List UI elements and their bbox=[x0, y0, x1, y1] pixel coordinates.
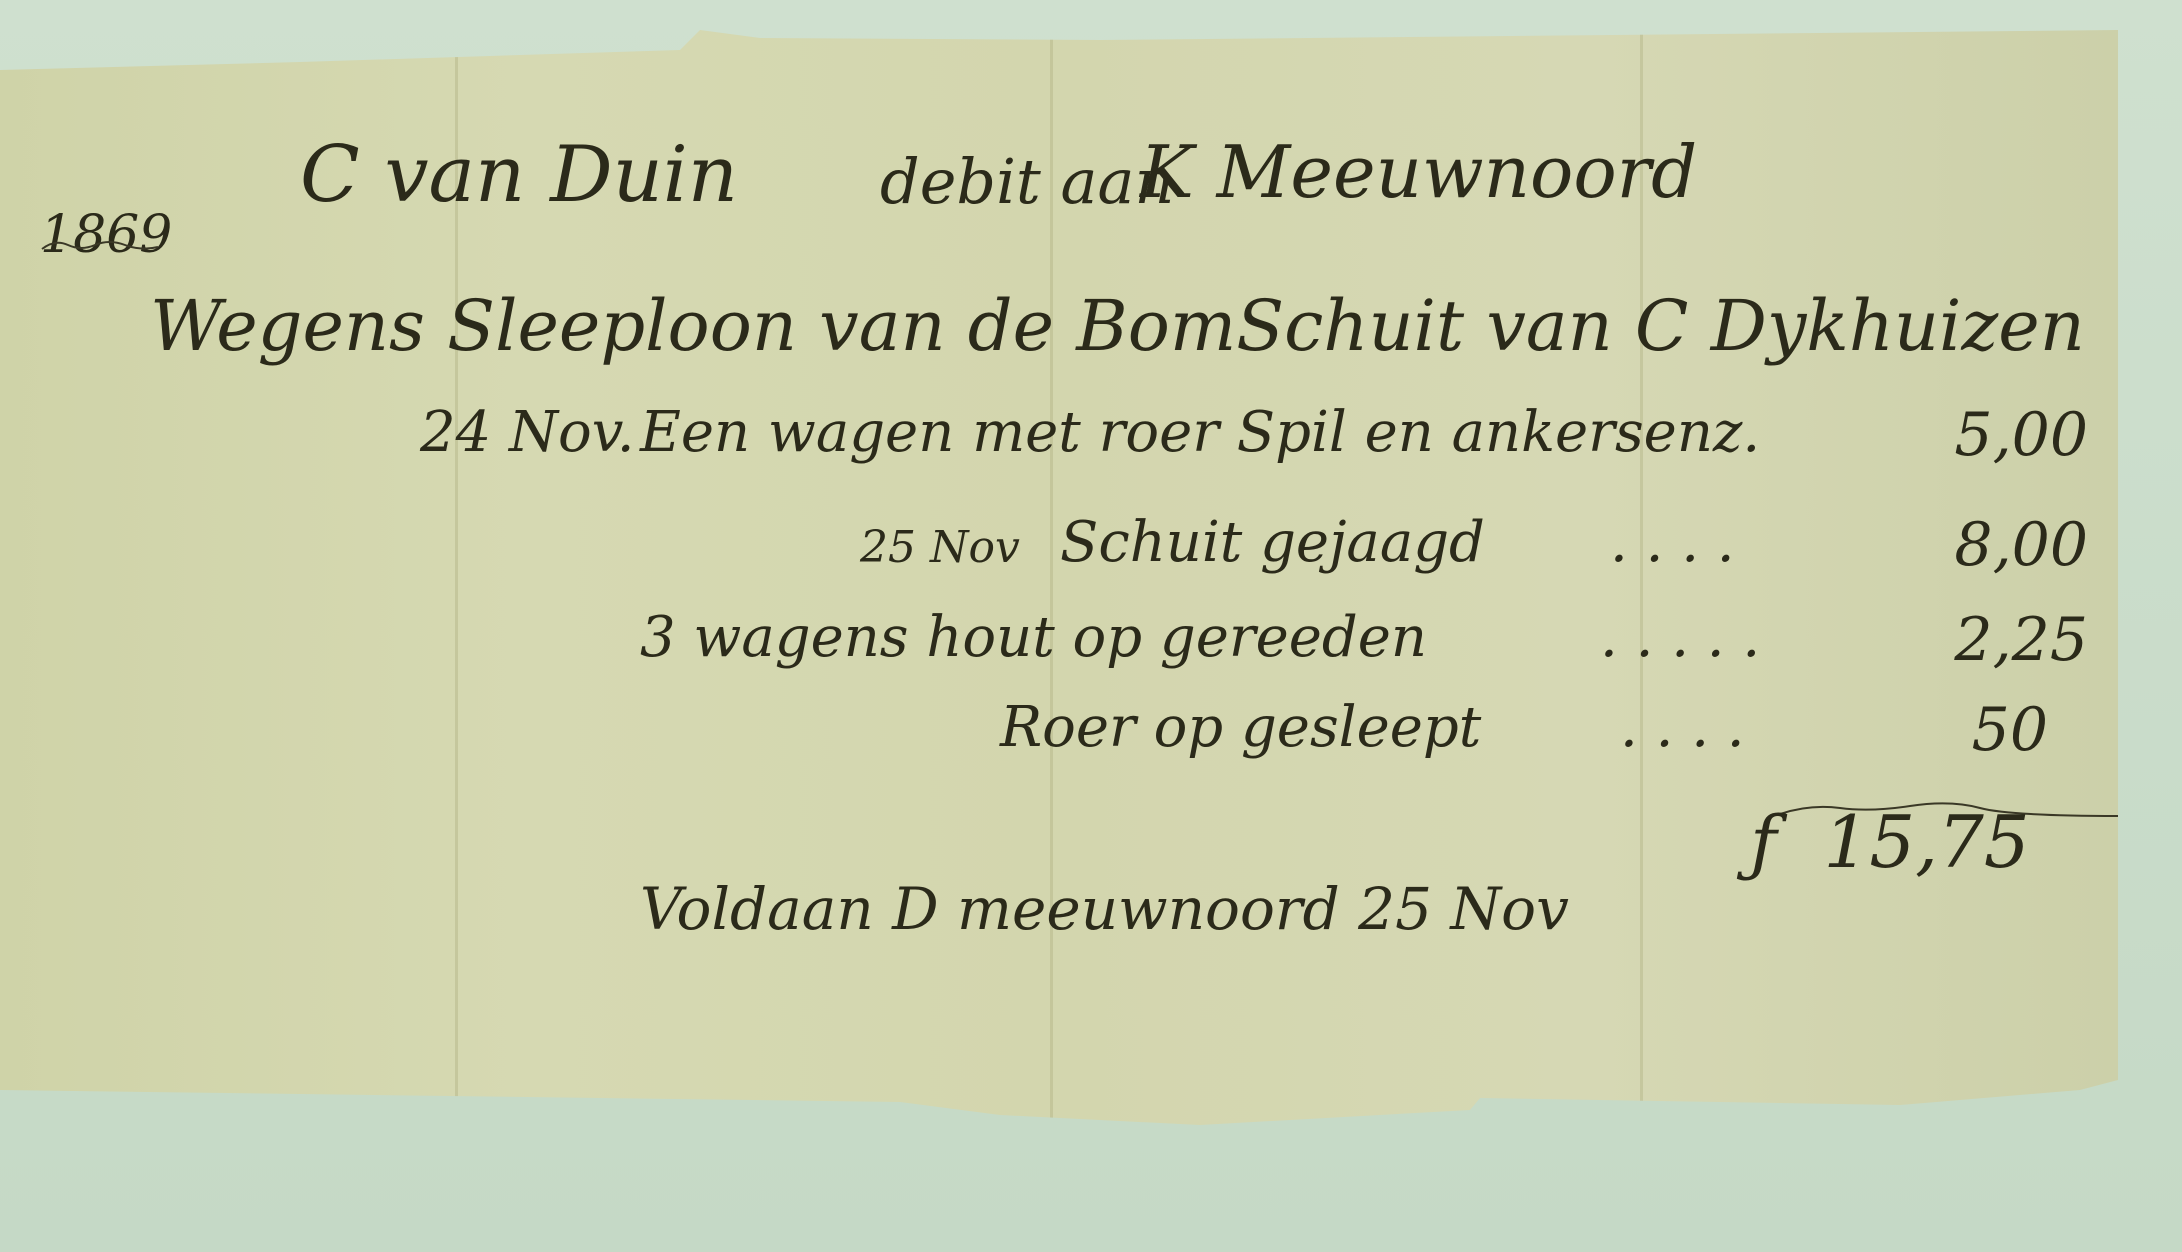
invoice-total: ƒ 15,75 bbox=[1750, 800, 2030, 884]
debtor-name: C van Duin bbox=[300, 130, 738, 220]
line-item-amount: 8,00 bbox=[1828, 510, 2088, 580]
line-item-description: Roer op gesleept bbox=[1000, 695, 1481, 760]
invoice-paper: 1869 C van Duin debit aan K Meeuwnoord W… bbox=[0, 30, 2118, 1180]
line-item-description: Een wagen met roer Spil en ankersenz. bbox=[640, 400, 1760, 465]
line-item-leader: . . . . bbox=[1620, 695, 1745, 760]
invoice-subject: Wegens Sleeploon van de BomSchuit van C … bbox=[150, 285, 2085, 367]
total-amount: 15,75 bbox=[1824, 800, 2030, 884]
guilder-symbol: ƒ bbox=[1750, 800, 1777, 884]
line-item-leader: . . . . . bbox=[1600, 605, 1760, 670]
line-item-date: 25 Nov bbox=[860, 522, 1020, 573]
year-underline-flourish bbox=[40, 235, 160, 255]
line-item-amount: 2,25 bbox=[1828, 605, 2088, 675]
creditor-name: K Meeuwnoord bbox=[1140, 130, 1697, 214]
line-item-description: Schuit gejaagd bbox=[1060, 510, 1485, 575]
payment-note: Voldaan D meeuwnoord 25 Nov bbox=[640, 875, 1569, 943]
line-item-description: 3 wagens hout op gereeden bbox=[640, 605, 1427, 670]
debit-label: debit aan bbox=[880, 145, 1174, 218]
line-item-amount: 5,00 bbox=[1828, 400, 2088, 470]
line-item-date: 24 Nov. bbox=[420, 400, 635, 465]
line-item-leader: . . . . bbox=[1610, 510, 1735, 575]
line-item-amount: 50 bbox=[1788, 695, 2048, 765]
